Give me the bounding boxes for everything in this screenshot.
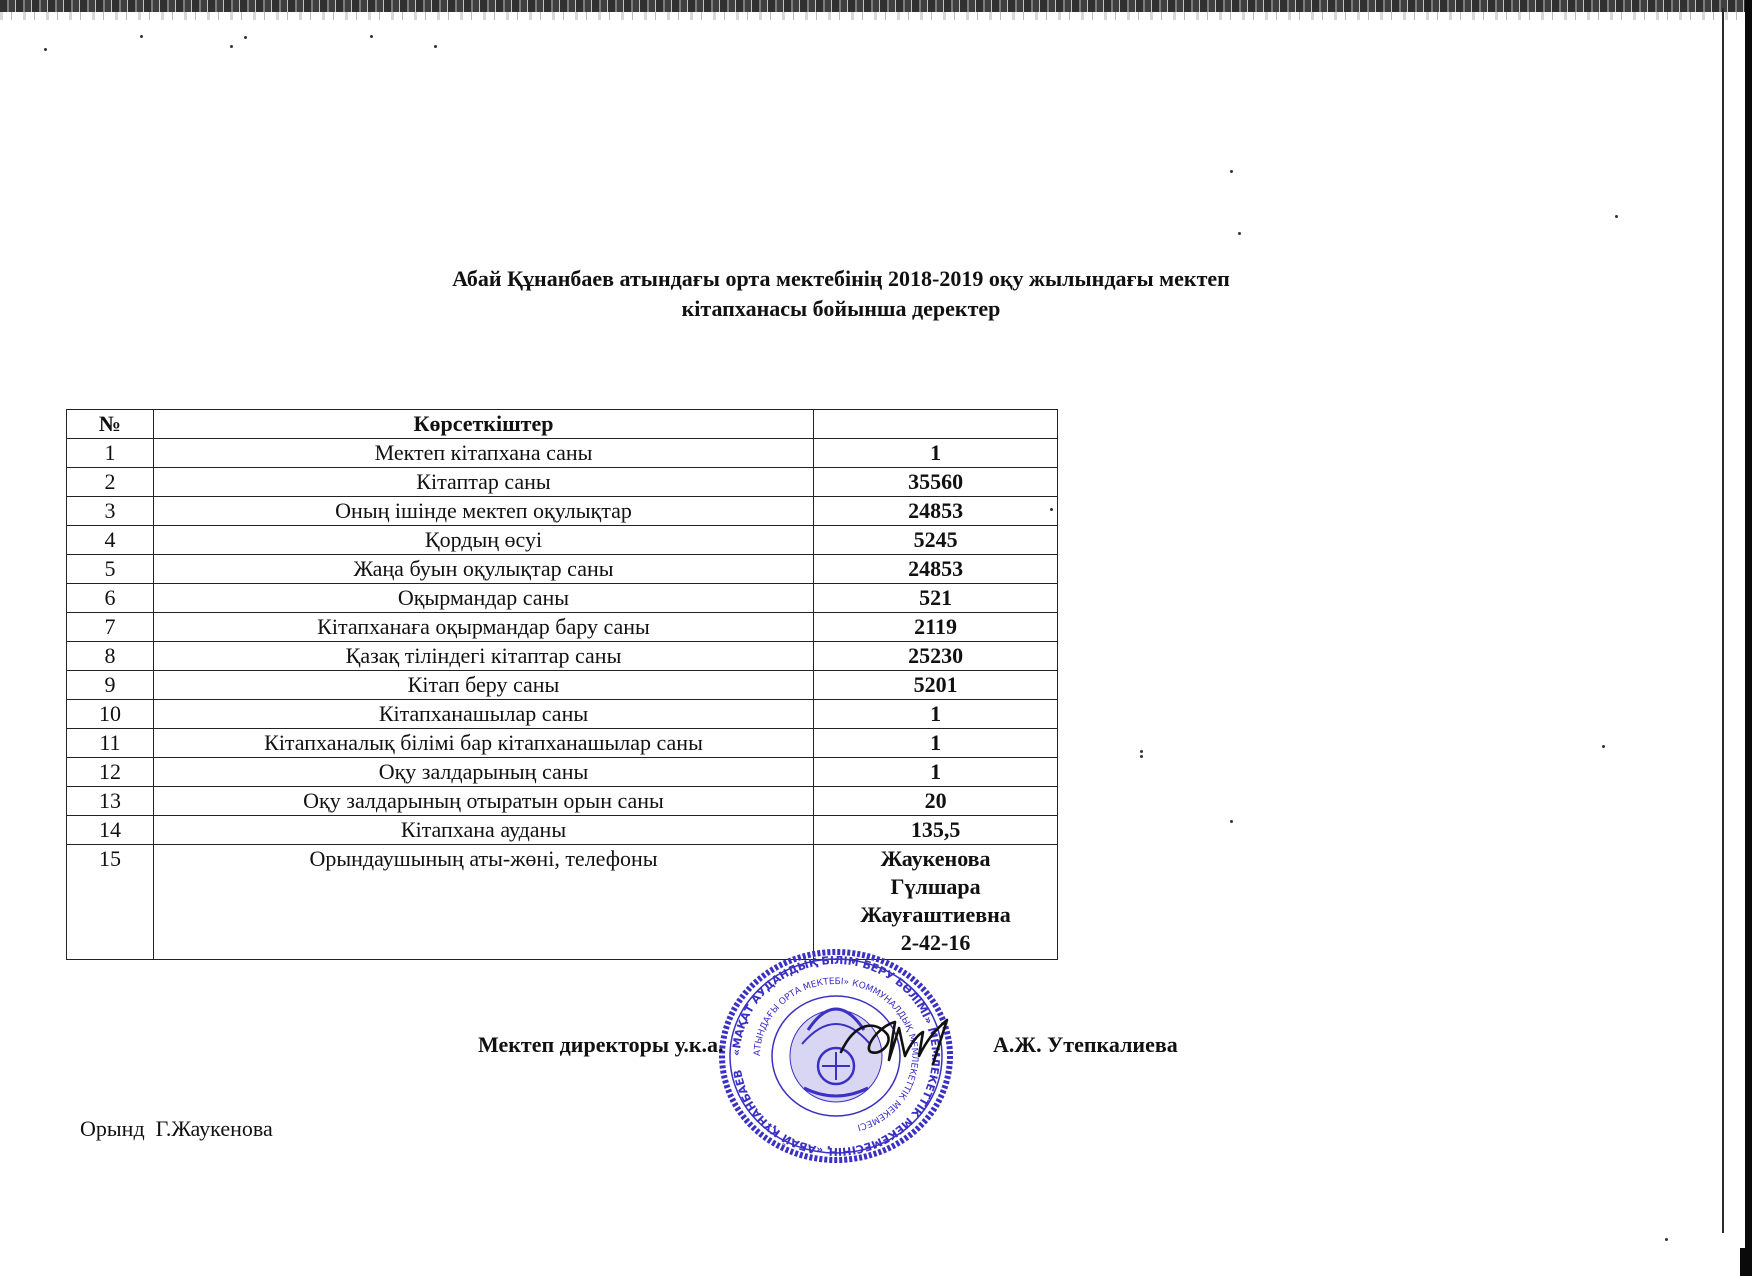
- row-indicator: Кітаптар саны: [153, 468, 813, 497]
- document-title-line-1: Абай Құнанбаев атындағы орта мектебінің …: [0, 264, 1682, 294]
- row-indicator: Кітапханаға оқырмандар бару саны: [153, 613, 813, 642]
- row-value: 135,5: [814, 816, 1058, 845]
- row-value: 1: [814, 729, 1058, 758]
- executor-note: Орынд Г.Жаукенова: [80, 1114, 273, 1144]
- row-number: 8: [67, 642, 154, 671]
- table-row: 5Жаңа буын оқулықтар саны24853: [67, 555, 1058, 584]
- scan-speck: [140, 35, 143, 38]
- table-row: 6Оқырмандар саны521: [67, 584, 1058, 613]
- row-value: 5245: [814, 526, 1058, 555]
- scan-speck: [1238, 232, 1241, 235]
- header-value: [814, 410, 1058, 439]
- row-indicator: Мектеп кітапхана саны: [153, 439, 813, 468]
- row-value: 2119: [814, 613, 1058, 642]
- row-indicator: Жаңа буын оқулықтар саны: [153, 555, 813, 584]
- row-number: 14: [67, 816, 154, 845]
- scan-speck: [370, 35, 373, 38]
- row-number: 11: [67, 729, 154, 758]
- row-number: 7: [67, 613, 154, 642]
- row-indicator: Оқу залдарының отыратын орын саны: [153, 787, 813, 816]
- row-number: 13: [67, 787, 154, 816]
- scan-speck: [1230, 820, 1233, 823]
- scan-speck: [1140, 755, 1143, 758]
- table-row: 1Мектеп кітапхана саны1: [67, 439, 1058, 468]
- table-row-executor: 15 Орындаушының аты-жөні, телефоны Жауке…: [67, 845, 1058, 960]
- row-indicator: Қазақ тіліндегі кітаптар саны: [153, 642, 813, 671]
- row-indicator: Оқу залдарының саны: [153, 758, 813, 787]
- executor-patronymic: Жауғаштиевна: [814, 901, 1057, 929]
- row-value: 1: [814, 439, 1058, 468]
- row-number: 4: [67, 526, 154, 555]
- row-indicator: Кітапханалық білімі бар кітапханашылар с…: [153, 729, 813, 758]
- row-value: 24853: [814, 555, 1058, 584]
- table-row: 13Оқу залдарының отыратын орын саны20: [67, 787, 1058, 816]
- row-value: 521: [814, 584, 1058, 613]
- scan-speck: [1140, 750, 1143, 753]
- row-indicator: Қордың өсуі: [153, 526, 813, 555]
- row-value: 25230: [814, 642, 1058, 671]
- table-header-row: № Көрсеткіштер: [67, 410, 1058, 439]
- table-row: 4Қордың өсуі5245: [67, 526, 1058, 555]
- executor-first-name: Гүлшара: [814, 873, 1057, 901]
- row-indicator: Кітапханашылар саны: [153, 700, 813, 729]
- row-number: 3: [67, 497, 154, 526]
- row-value: 1: [814, 700, 1058, 729]
- table-row: 8Қазақ тіліндегі кітаптар саны25230: [67, 642, 1058, 671]
- scan-edge-line-right: [1722, 8, 1724, 1233]
- table-row: 2Кітаптар саны35560: [67, 468, 1058, 497]
- header-indicators: Көрсеткіштер: [153, 410, 813, 439]
- table-row: 12Оқу залдарының саны1: [67, 758, 1058, 787]
- table-row: 10Кітапханашылар саны1: [67, 700, 1058, 729]
- row-number: 6: [67, 584, 154, 613]
- scan-speck: [1602, 745, 1605, 748]
- row-value: 35560: [814, 468, 1058, 497]
- row-indicator: Орындаушының аты-жөні, телефоны: [153, 845, 813, 960]
- row-number: 15: [67, 845, 154, 960]
- scan-speck: [244, 36, 247, 39]
- row-number: 2: [67, 468, 154, 497]
- row-indicator: Кітапхана ауданы: [153, 816, 813, 845]
- row-number: 1: [67, 439, 154, 468]
- table-row: 3Оның ішінде мектеп оқулықтар24853: [67, 497, 1058, 526]
- library-data-table: № Көрсеткіштер 1Мектеп кітапхана саны12К…: [66, 409, 1058, 960]
- row-indicator: Оқырмандар саны: [153, 584, 813, 613]
- table-row: 9Кітап беру саны5201: [67, 671, 1058, 700]
- table-row: 14Кітапхана ауданы135,5: [67, 816, 1058, 845]
- executor-surname: Жаукенова: [814, 845, 1057, 873]
- row-number: 9: [67, 671, 154, 700]
- executor-contact-cell: Жаукенова Гүлшара Жауғаштиевна 2-42-16: [814, 845, 1058, 960]
- row-number: 5: [67, 555, 154, 584]
- scan-noise-top: [0, 12, 1745, 20]
- director-name: А.Ж. Утепкалиева: [993, 1030, 1178, 1060]
- scan-speck: [1230, 170, 1233, 173]
- scan-speck: [230, 45, 233, 48]
- scan-speck: [44, 48, 47, 51]
- row-value: 24853: [814, 497, 1058, 526]
- row-value: 1: [814, 758, 1058, 787]
- scan-edge-corner: [1740, 1248, 1752, 1276]
- director-signature-label: Мектеп директоры у.к.а.: [478, 1030, 724, 1060]
- row-value: 20: [814, 787, 1058, 816]
- scan-edge-right: [1745, 0, 1752, 1276]
- row-number: 10: [67, 700, 154, 729]
- scan-speck: [1615, 215, 1618, 218]
- row-number: 12: [67, 758, 154, 787]
- row-indicator: Кітап беру саны: [153, 671, 813, 700]
- table-row: 11Кітапханалық білімі бар кітапханашылар…: [67, 729, 1058, 758]
- scan-edge-top: [0, 0, 1745, 12]
- row-value: 5201: [814, 671, 1058, 700]
- scan-speck: [434, 45, 437, 48]
- table-row: 7Кітапханаға оқырмандар бару саны2119: [67, 613, 1058, 642]
- scan-speck: [1665, 1238, 1668, 1241]
- document-title-line-2: кітапханасы бойынша деректер: [0, 294, 1682, 324]
- signature-icon: [835, 1012, 965, 1072]
- header-number: №: [67, 410, 154, 439]
- row-indicator: Оның ішінде мектеп оқулықтар: [153, 497, 813, 526]
